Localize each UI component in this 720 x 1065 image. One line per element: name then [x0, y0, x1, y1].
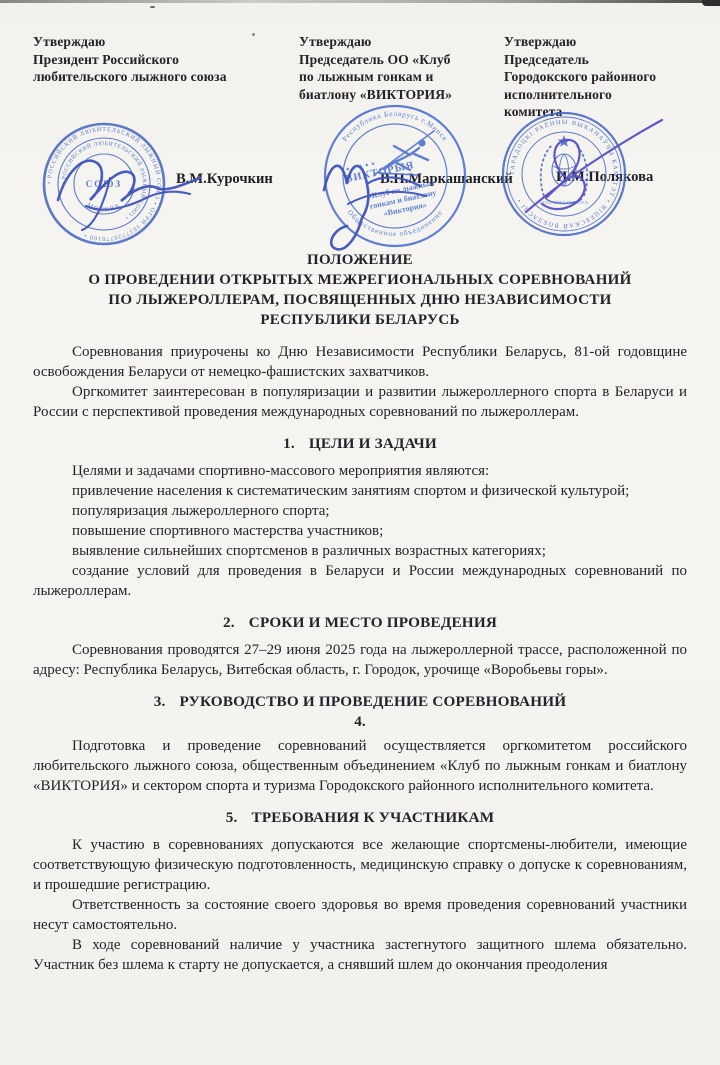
section-paragraph: выявление сильнейших спортсменов в разли… — [33, 541, 687, 561]
section-paragraph: популяризация лыжероллерного спорта; — [33, 501, 687, 521]
section-paragraph: создание условий для проведения в Белару… — [33, 561, 687, 601]
section-paragraph: Соревнования проводятся 27–29 июня 2025 … — [33, 640, 687, 680]
approval-line: Президент Российского — [33, 51, 295, 69]
approval-line: Городокского районного — [504, 68, 709, 86]
section-paragraph: К участию в соревнованиях допускаются вс… — [33, 835, 687, 895]
approval-line: любительского лыжного союза — [33, 68, 295, 86]
section-number: 2. — [223, 614, 235, 631]
section-title: ТРЕБОВАНИЯ К УЧАСТНИКАМ — [252, 809, 495, 826]
title-line: РЕСПУБЛИКИ БЕЛАРУСЬ — [33, 310, 687, 330]
title-line: О ПРОВЕДЕНИИ ОТКРЫТЫХ МЕЖРЕГИОНАЛЬНЫХ СО… — [33, 270, 687, 290]
section-heading-goals: 1.ЦЕЛИ И ЗАДАЧИ — [33, 434, 687, 454]
section-paragraph: повышение спортивного мастерства участни… — [33, 521, 687, 541]
signature-polyakova — [512, 112, 672, 242]
approval-line: по лыжным гонкам и — [299, 68, 504, 86]
section-paragraph: Подготовка и проведение соревнований осу… — [33, 736, 687, 796]
approval-line: Председатель ОО «Клуб — [299, 51, 504, 69]
approval-block-russian-ski-union: Утверждаю Президент Российского любитель… — [33, 33, 295, 86]
intro-paragraph: Соревнования приурочены ко Дню Независим… — [33, 342, 687, 382]
approval-line: Утверждаю — [33, 33, 295, 51]
section-paragraph: привлечение населения к систематическим … — [33, 481, 687, 501]
signature-markashanskiy — [314, 134, 454, 264]
section-number: 1. — [283, 435, 295, 452]
intro-paragraph: Оргкомитет заинтересован в популяризации… — [33, 382, 687, 422]
section-heading-requirements: 5.ТРЕБОВАНИЯ К УЧАСТНИКАМ — [33, 808, 687, 828]
section-paragraph: В ходе соревнований наличие у участника … — [33, 935, 687, 975]
intro-block: Соревнования приурочены ко Дню Независим… — [33, 342, 687, 422]
approval-line: Утверждаю — [299, 33, 504, 51]
section-heading-dates-venue: 2.СРОКИ И МЕСТО ПРОВЕДЕНИЯ — [33, 613, 687, 633]
approval-block-viktoria-club: Утверждаю Председатель ОО «Клуб по лыжны… — [299, 33, 504, 103]
approval-line: Председатель — [504, 51, 709, 69]
scanned-document-page: Утверждаю Президент Российского любитель… — [0, 0, 720, 1065]
document-body: ПОЛОЖЕНИЕ О ПРОВЕДЕНИИ ОТКРЫТЫХ МЕЖРЕГИО… — [0, 250, 720, 975]
section-heading-management: 3.РУКОВОДСТВО И ПРОВЕДЕНИЕ СОРЕВНОВАНИЙ — [33, 692, 687, 712]
title-line: ПО ЛЫЖЕРОЛЛЕРАМ, ПОСВЯЩЕННЫХ ДНЮ НЕЗАВИС… — [33, 290, 687, 310]
approval-line: исполнительного — [504, 86, 709, 104]
section-paragraph: Ответственность за состояние своего здор… — [33, 895, 687, 935]
section-paragraph: Целями и задачами спортивно-массового ме… — [33, 461, 687, 481]
section-title: ЦЕЛИ И ЗАДАЧИ — [309, 435, 437, 452]
section-title: РУКОВОДСТВО И ПРОВЕДЕНИЕ СОРЕВНОВАНИЙ — [180, 693, 567, 710]
approval-header: Утверждаю Президент Российского любитель… — [0, 0, 720, 228]
section-title: СРОКИ И МЕСТО ПРОВЕДЕНИЯ — [249, 614, 497, 631]
section-number: 5. — [226, 809, 238, 826]
section-subnumber: 4. — [33, 712, 687, 732]
signature-kurochkin — [50, 138, 210, 238]
approval-line: Утверждаю — [504, 33, 709, 51]
section-number: 3. — [154, 693, 166, 710]
